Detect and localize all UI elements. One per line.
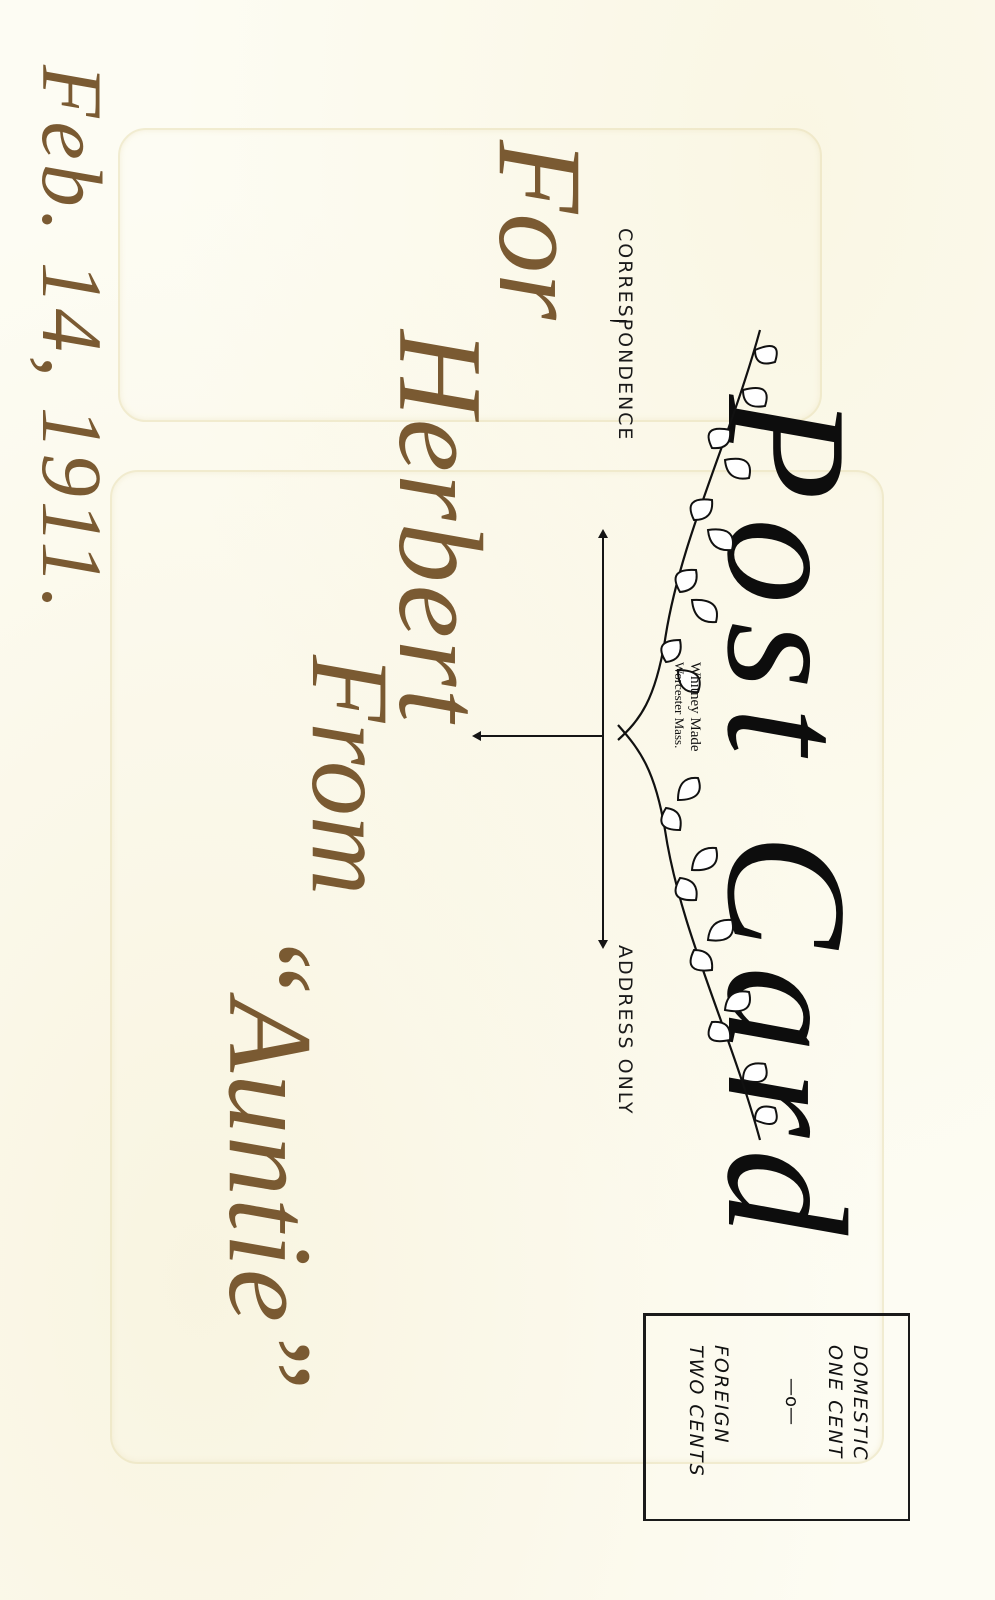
stamp-foreign-text: FOREIGN TWO CENTS [683, 1345, 733, 1478]
handwritten-from: From [295, 655, 405, 895]
maker-line-2: Worcester Mass. [673, 662, 687, 752]
stamp-domestic-line1: DOMESTIC [847, 1345, 872, 1462]
stamp-separator: —o— [781, 1378, 802, 1425]
postcard-back: Post Card [0, 0, 995, 1600]
correspondence-label: CORRESPONDENCE [614, 228, 636, 441]
address-only-label: ADDRESS ONLY [614, 945, 636, 1115]
handwritten-date: Feb. 14, 1911. [29, 65, 115, 614]
maker-mark: Whitney Made Worcester Mass. [673, 662, 702, 752]
stamp-foreign-line1: FOREIGN [708, 1345, 733, 1478]
stamp-foreign-line2: TWO CENTS [683, 1345, 708, 1478]
handwritten-for: For [480, 140, 600, 320]
section-divider-line [602, 535, 604, 943]
maker-line-1: Whitney Made [686, 662, 702, 752]
divider-arrow [478, 735, 603, 737]
stamp-domestic-line2: ONE CENT [822, 1345, 847, 1462]
stamp-domestic-text: DOMESTIC ONE CENT [822, 1345, 872, 1462]
handwritten-sender: “Auntie” [210, 930, 330, 1393]
